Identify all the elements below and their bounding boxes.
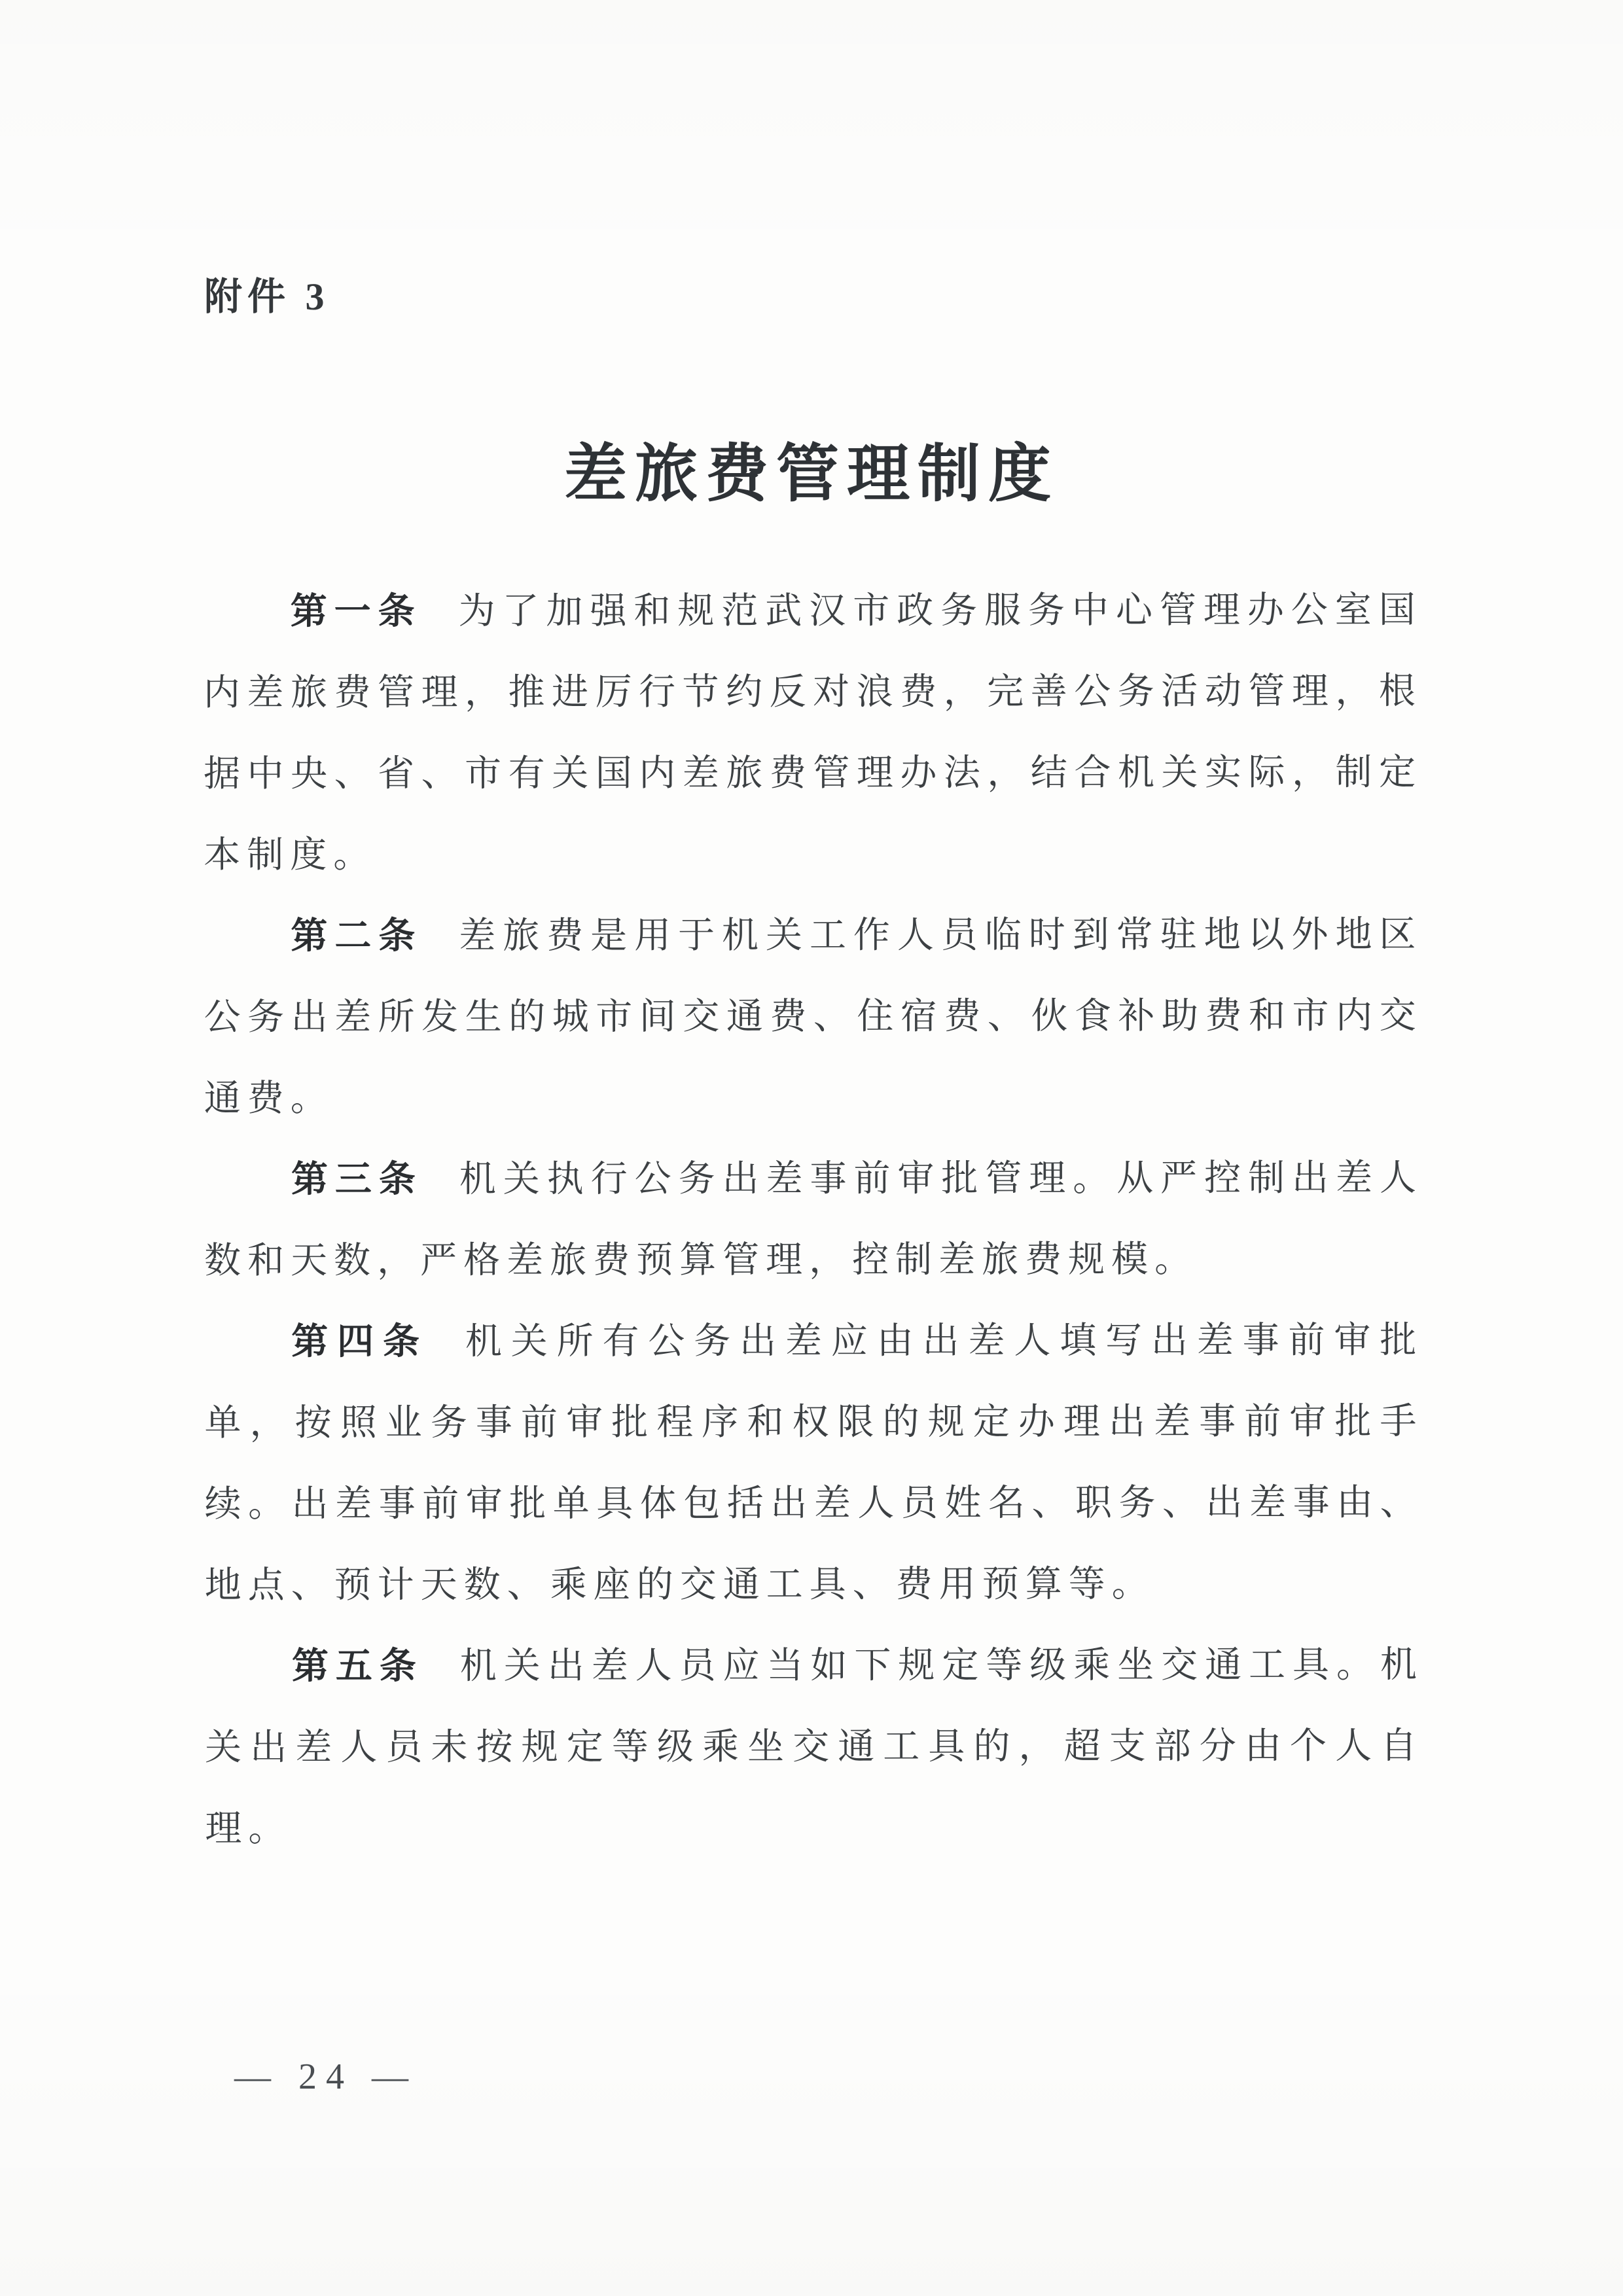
article-5-label: 第五条 [292, 1646, 423, 1687]
article-5: 第五条机关出差人员应当如下规定等级乘坐交通工具。机关出差人员未按规定等级乘坐交通… [205, 1625, 1424, 1870]
article-1-text: 为了加强和规范武汉市政务服务中心管理办公室国内差旅费管理，推进厉行节约反对浪费，… [204, 590, 1422, 876]
article-1: 第一条为了加强和规范武汉市政务服务中心管理办公室国内差旅费管理，推进厉行节约反对… [204, 570, 1423, 896]
article-3: 第三条机关执行公务出差事前审批管理。从严控制出差人数和天数，严格差旅费预算管理，… [204, 1138, 1423, 1302]
document-page: 附件 3 差旅费管理制度 第一条为了加强和规范武汉市政务服务中心管理办公室国内差… [0, 0, 1623, 2296]
article-3-label: 第三条 [291, 1159, 423, 1200]
document-title: 差旅费管理制度 [0, 424, 1623, 514]
article-2-label: 第二条 [291, 916, 422, 957]
article-4: 第四条机关所有公务出差应由出差人填写出差事前审批单，按照业务事前审批程序和权限的… [204, 1300, 1423, 1627]
attachment-label: 附件 3 [204, 266, 330, 321]
page-number: — 24 — [234, 2056, 418, 2098]
article-2: 第二条差旅费是用于机关工作人员临时到常驻地以外地区公务出差所发生的城市间交通费、… [204, 894, 1423, 1140]
article-4-label: 第四条 [291, 1322, 429, 1362]
article-4-text: 机关所有公务出差应由出差人填写出差事前审批单，按照业务事前审批程序和权限的规定办… [204, 1320, 1423, 1606]
article-1-label: 第一条 [291, 592, 422, 632]
document-body: 第一条为了加强和规范武汉市政务服务中心管理办公室国内差旅费管理，推进厉行节约反对… [204, 570, 1424, 1870]
